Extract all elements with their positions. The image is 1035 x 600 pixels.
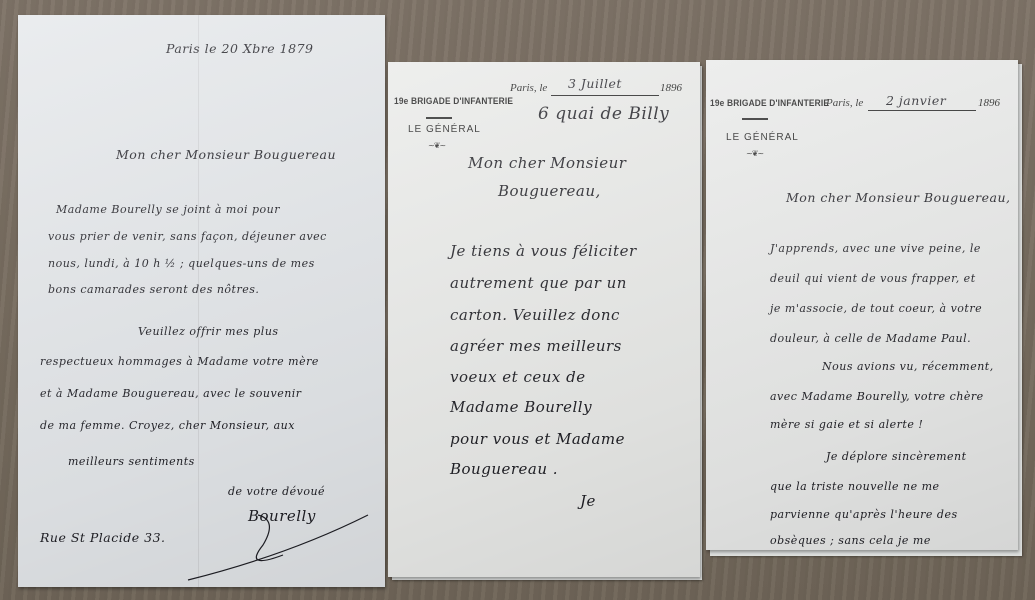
- letterhead-brigade: 19e BRIGADE D'INFANTERIE: [710, 98, 829, 109]
- body-line: Madame Bourelly se joint à moi pour: [56, 203, 280, 216]
- date-rule: [868, 110, 976, 111]
- body-line: autrement que par un: [450, 274, 627, 292]
- body-line: deuil qui vient de vous frapper, et: [770, 272, 976, 285]
- body-line: parvienne qu'après l'heure des: [770, 508, 958, 521]
- street-address: 6 quai de Billy: [538, 104, 669, 124]
- date-handwritten: 2 janvier: [886, 93, 946, 108]
- ornament-icon: ~❦~: [428, 141, 445, 150]
- sender-address: Rue St Placide 33.: [40, 530, 166, 545]
- body-line: Veuillez offrir mes plus: [138, 325, 279, 338]
- body-line: Bouguereau .: [450, 460, 558, 478]
- body-line: Je tiens à vous féliciter: [450, 242, 637, 260]
- body-line: mère si gaie et si alerte !: [770, 418, 923, 431]
- place-prefix: Paris, le: [510, 82, 547, 94]
- body-line: et à Madame Bouguereau, avec le souvenir: [40, 387, 302, 400]
- body-line: voeux et ceux de: [450, 368, 586, 386]
- letter-1896-january: 19e BRIGADE D'INFANTERIE LE GÉNÉRAL ~❦~ …: [706, 60, 1018, 550]
- body-line: Je déplore sincèrement: [826, 450, 967, 463]
- letterhead-rule: [742, 118, 768, 120]
- body-line: meilleurs sentiments: [68, 455, 195, 468]
- signature-flourish-icon: [168, 495, 378, 585]
- dateline: Paris le 20 Xbre 1879: [166, 41, 313, 56]
- place-prefix: Paris, le: [826, 97, 863, 109]
- body-line: je m'associe, de tout coeur, à votre: [770, 302, 982, 315]
- date-handwritten: 3 Juillet: [568, 76, 622, 91]
- body-line: J'apprends, avec une vive peine, le: [770, 242, 981, 255]
- body-line: nous, lundi, à 10 h ½ ; quelques-uns de …: [48, 257, 315, 270]
- body-line: Nous avions vu, récemment,: [822, 360, 994, 373]
- body-line: bons camarades seront des nôtres.: [48, 283, 259, 296]
- body-line: respectueux hommages à Madame votre mère: [40, 355, 319, 368]
- date-rule: [551, 95, 659, 96]
- letterhead-brigade: 19e BRIGADE D'INFANTERIE: [394, 96, 513, 107]
- body-line: agréer mes meilleurs: [450, 337, 622, 355]
- closing: Je: [580, 492, 596, 510]
- body-line: de ma femme. Croyez, cher Monsieur, aux: [40, 419, 295, 432]
- letterhead-title: LE GÉNÉRAL: [726, 132, 799, 143]
- letterhead-rule: [426, 117, 452, 119]
- ornament-icon: ~❦~: [746, 149, 763, 158]
- salutation: Mon cher Monsieur Bouguereau: [116, 147, 336, 162]
- body-line: pour vous et Madame: [450, 430, 625, 448]
- salutation-line: Mon cher Monsieur: [468, 154, 626, 172]
- body-line: douleur, à celle de Madame Paul.: [770, 332, 971, 345]
- letter-1896-july: 19e BRIGADE D'INFANTERIE LE GÉNÉRAL ~❦~ …: [388, 62, 700, 577]
- year: 1896: [660, 82, 682, 94]
- body-line: Madame Bourelly: [450, 398, 592, 416]
- year: 1896: [978, 97, 1000, 109]
- body-line: vous prier de venir, sans façon, déjeune…: [48, 230, 327, 243]
- letterhead-title: LE GÉNÉRAL: [408, 124, 481, 135]
- body-line: obsèques ; sans cela je me: [770, 534, 931, 547]
- salutation-line: Bouguereau,: [498, 182, 601, 200]
- salutation: Mon cher Monsieur Bouguereau,: [786, 190, 1011, 205]
- body-line: carton. Veuillez donc: [450, 306, 620, 324]
- body-line: que la triste nouvelle ne me: [770, 480, 940, 493]
- body-line: avec Madame Bourelly, votre chère: [770, 390, 984, 403]
- letter-1879: Paris le 20 Xbre 1879 Mon cher Monsieur …: [18, 15, 385, 587]
